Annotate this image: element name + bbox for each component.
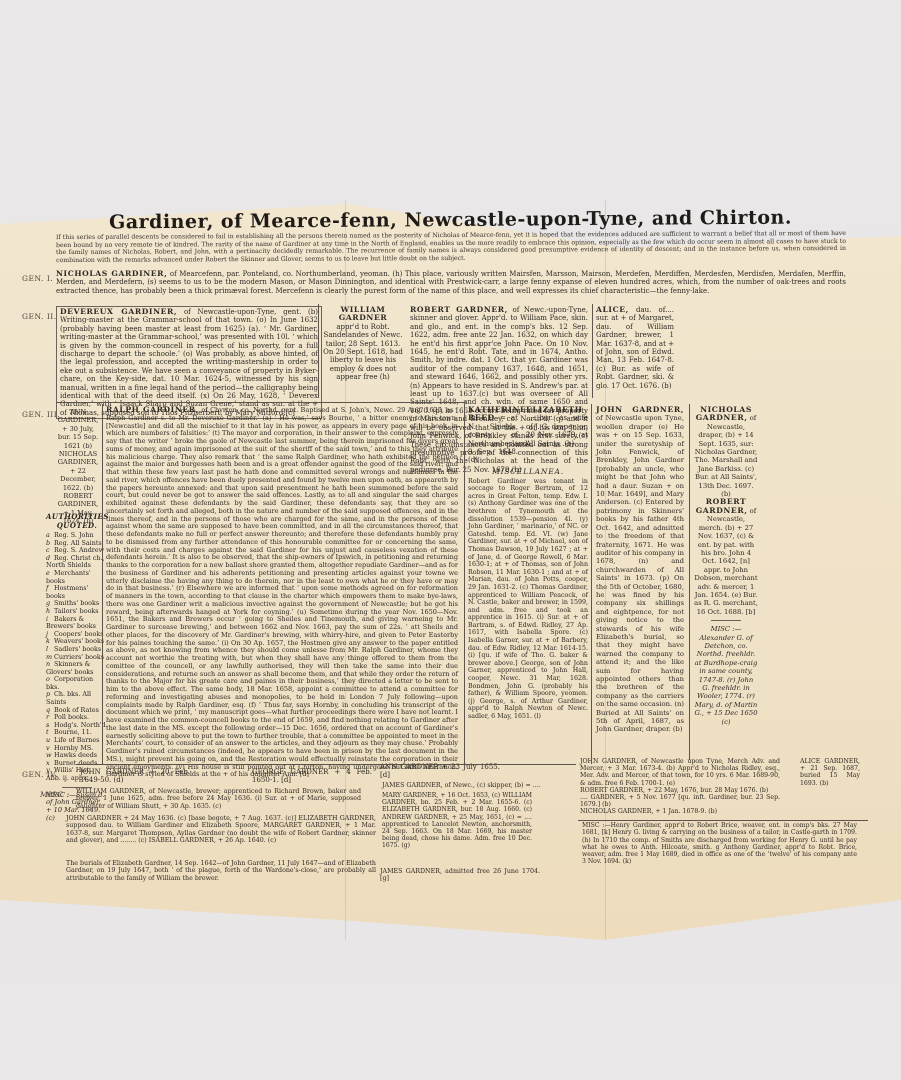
divider bbox=[711, 620, 741, 621]
alice-text: dau. of.... sur. at + of Margaret, dau. … bbox=[596, 306, 674, 390]
robert2-name: ROBERT GARDNER, bbox=[696, 497, 748, 514]
nicholas-name: NICHOLAS GARDNER, bbox=[696, 405, 752, 422]
gen-1-name: NICHOLAS GARDINER, bbox=[56, 269, 167, 278]
dots-g-text: .... GARDNER, + 5 Nov. 1677 [qu. inft. G… bbox=[580, 794, 780, 808]
authority-item: iBakers & Brewers' books bbox=[46, 616, 108, 631]
pedigree-line bbox=[592, 304, 593, 398]
gen-1-label: GEN. I. bbox=[22, 274, 53, 283]
authority-item: pCh. bks. All Saints bbox=[46, 691, 108, 706]
devereux-name: DEVEREUX GARDINER, bbox=[60, 307, 177, 316]
misc-james-free: JAMES GARDNER, admitted free 26 June 170… bbox=[380, 868, 540, 883]
gen-4-john: JOHN GARDNER + 20 Feb. 1649-50. (d) bbox=[80, 768, 190, 785]
pedigree-line bbox=[578, 820, 868, 821]
authorities-heading: AUTHORITIES QUOTED. bbox=[46, 512, 108, 530]
john-merchant-text: JOHN GARDNER, of Newcastle upon Tyne, Me… bbox=[580, 758, 780, 787]
william-name: WILLIAM GARDNER bbox=[339, 305, 388, 322]
robert-g-text: ROBERT GARDNER, + 22 May, 1676, bur. 28 … bbox=[580, 787, 768, 794]
pedigree-line bbox=[102, 404, 103, 764]
authority-item: dReg. Christ ch., North Shields bbox=[46, 555, 108, 570]
robert-name: ROBERT GARDNER, bbox=[410, 305, 508, 314]
gen-4-ann: ANN GARDNER + 23 July 1655. [d] bbox=[380, 763, 500, 780]
pedigree-line bbox=[318, 304, 319, 398]
gen-1-nicholas: NICHOLAS GARDINER, of Mearcefenn, par. P… bbox=[56, 270, 846, 295]
misc-right-text: MISC :—Alexander G. of Detchon, co. Nort… bbox=[694, 625, 757, 725]
gen-4-george: GEORGE GARDNER + 4 Feb. 1650-1. [d] bbox=[252, 768, 372, 785]
gen-3-elizabeth: ELIZABETH ......bur. as wife of J. G. dr… bbox=[526, 406, 588, 448]
miscellanea-panel: MISCELLANEA. Robert Gardiner was tenant … bbox=[468, 462, 588, 721]
john-name: JOHN GARDNER, bbox=[596, 405, 684, 414]
misc-burials: The burials of Elizabeth Gardner, 14 Sep… bbox=[66, 860, 376, 882]
intro-paragraph: If this series of parallel descents be c… bbox=[56, 230, 846, 265]
robert2-text: of Newcastle, merch. (b) + 27 Nov. 1637,… bbox=[694, 507, 758, 616]
authority-item: eMerchants' books bbox=[46, 570, 108, 585]
authority-item: nSkinners & Glovers' books bbox=[46, 661, 108, 676]
misc-henry-gardiner: MISC :—Henry Gardiner, appr'd to Robert … bbox=[582, 822, 857, 866]
gen-1-text: of Mearcefenn, par. Ponteland, co. North… bbox=[56, 270, 846, 295]
devereux-text: of Newcastle-upon-Tyne, gent. (b) Writin… bbox=[60, 308, 318, 417]
miscellanea-text: Robert Gardiner was tenant in soccage to… bbox=[468, 478, 588, 720]
pedigree-line bbox=[591, 404, 592, 764]
gen-3-katherine: KATHERINE REED = at N. Shields, county o… bbox=[468, 406, 518, 465]
misc-james-skipper: JAMES GARDNER, of Newc., (c) skipper, (b… bbox=[382, 782, 542, 789]
ralph-text: of Chyrton, co. Northd. gent. Baptised a… bbox=[106, 406, 458, 778]
gen-3-siblings: ANN GARDINER, + 30 July, bur. 15 Sep. 16… bbox=[56, 408, 100, 526]
nicholas-g-text: NICHOLAS GARDNER, + 1 Jan. 1678-9. (b) bbox=[580, 808, 717, 815]
pedigree-line bbox=[56, 402, 466, 403]
authority-item: fHostmens' books bbox=[46, 585, 108, 600]
misc-gardner-list: JOHN GARDNER + 24 May 1636. (c) [base be… bbox=[66, 815, 376, 845]
gen-2-william: WILLIAM GARDNER appr'd to Robt. Sandelan… bbox=[322, 306, 404, 382]
gen-2-alice: ALICE, dau. of.... sur. at + of Margaret… bbox=[596, 306, 674, 390]
pedigree-line bbox=[689, 404, 690, 760]
gen-4-label: GEN. IV. bbox=[22, 770, 58, 779]
misc-bottom-label: MISC : bbox=[40, 790, 69, 799]
william-text: appr'd to Robt. Sandelandes of Newc. tai… bbox=[323, 323, 403, 381]
background-cloth-top bbox=[0, 0, 901, 230]
authorities-list: aReg. S. John bReg. All Saints cReg. S. … bbox=[46, 532, 108, 783]
gen-3-ralph: RALPH GARDINER, of Chyrton, co. Northd. … bbox=[106, 406, 458, 779]
gen-3-john: JOHN GARDNER, of Newcastle upon Tyne, wo… bbox=[596, 406, 684, 734]
gen-2-label: GEN. II. bbox=[22, 312, 57, 321]
alice-name: ALICE, bbox=[596, 305, 629, 314]
gen-4-alice: ALICE GARDNER, + 21 Sep. 1687, buried 15… bbox=[800, 758, 860, 787]
misc-mary-andrew: MARY GARDNER, + 16 Oct. 1653, (c) WILLIA… bbox=[382, 792, 532, 850]
ralph-name: RALPH GARDINER, bbox=[106, 405, 199, 414]
gen-3-nicholas: NICHOLAS GARDNER, of Newcastle, draper, … bbox=[694, 406, 758, 726]
elizabeth-name: ELIZABETH bbox=[526, 405, 583, 414]
nicholas-text: of Newcastle, draper, (b) + 14 Sept. 163… bbox=[695, 414, 758, 498]
miscellanea-heading: MISCELLANEA. bbox=[468, 468, 588, 476]
gen-4-john-merchant: JOHN GARDNER, of Newcastle upon Tyne, Me… bbox=[580, 758, 780, 816]
pedigree-line bbox=[76, 764, 576, 765]
gen-3-label: GEN. III. bbox=[22, 410, 60, 419]
john-text: of Newcastle upon Tyne, woollen draper (… bbox=[596, 414, 684, 733]
pedigree-line bbox=[464, 404, 465, 764]
misc-william-brewer: WILLIAM GARDNER, of Newcastle, brewer; a… bbox=[76, 788, 361, 810]
elizabeth-text: ......bur. as wife of J. G. draper, on 2… bbox=[526, 414, 588, 447]
authority-item: oCorporation bks. bbox=[46, 676, 108, 691]
background-cloth-bottom bbox=[0, 980, 901, 1080]
